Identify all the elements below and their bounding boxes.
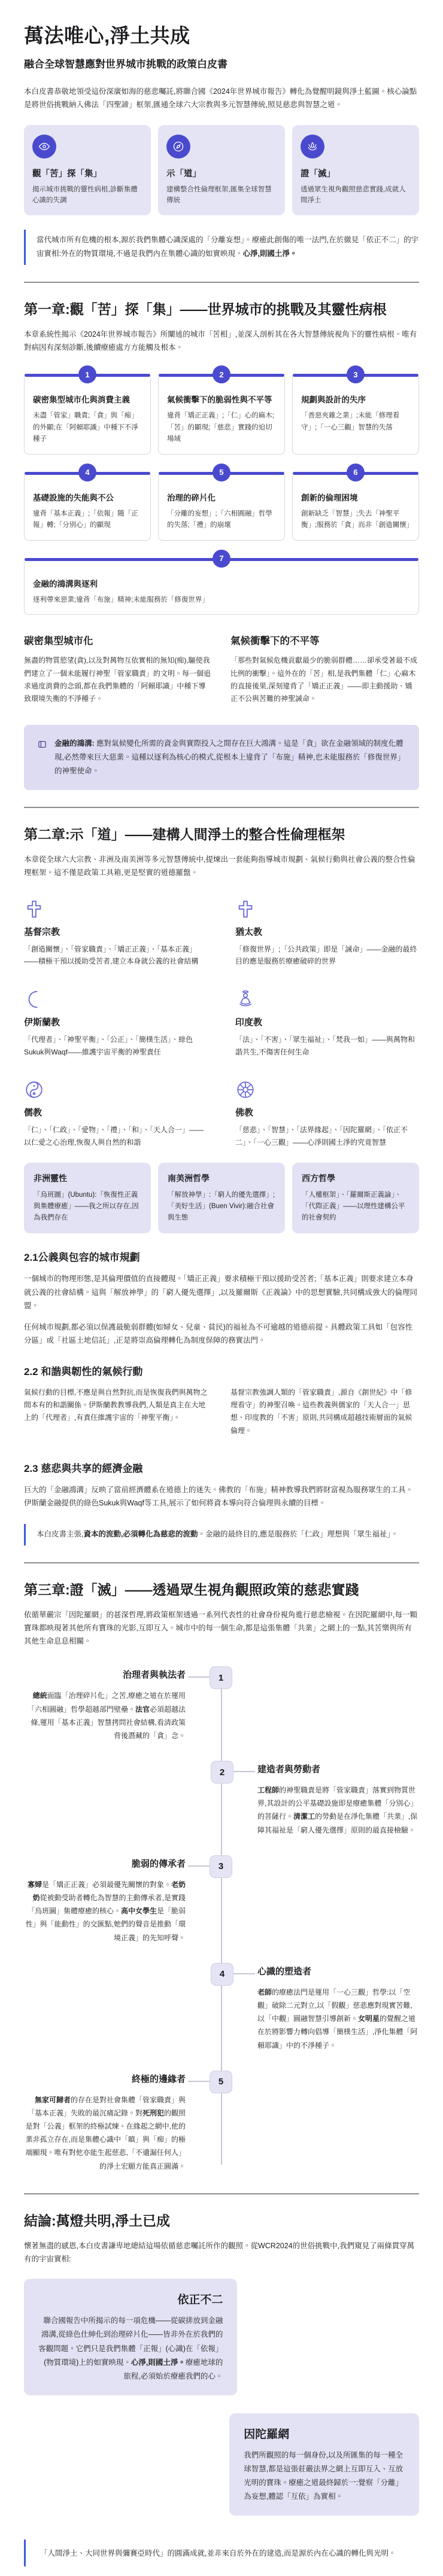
timeline-item-body: 無家可歸者的存在是對社會集體「管家職責」與「基本正義」失敗的最沉痛記錄。對死刑犯…	[24, 2093, 186, 2173]
problem-card: 6 創新的倫理困境 創新缺乏「智慧」;失去「神聖平衡」;服務於「貪」而非「創造關…	[292, 472, 419, 541]
section-2-1-p1: 一個城市的物理形態,是其倫理價值的直接體現。「矯正正義」要求積極干預以援助受苦者…	[24, 1272, 419, 1312]
section-divider	[24, 807, 419, 808]
problem-title: 創新的倫理困境	[301, 491, 410, 503]
wisdom-card: 非洲靈性 「烏班圖」(Ubuntu):「恢復性正義與集體療癒」——我之所以存在,…	[24, 1163, 151, 1233]
religion-desc: 「慈悲」、「智慧」、「法界緣起」、「因陀羅網」、「依正不二」、「一心三觀」——心…	[235, 1124, 419, 1148]
detail-column: 氣候衝擊下的不平等 「那些對氣候危機貢獻最少的脆弱群體……卻承受著最不成比例的衝…	[230, 621, 419, 712]
conclusion-card-body: 我們所觀照的每一個身份,以及所匯集的每一種全球智慧,都是這張莊嚴法界之網上互即互…	[244, 2449, 405, 2504]
problem-title: 金融的鴻溝與逐利	[33, 577, 410, 589]
chapter-3: 第三章:證「滅」——透過眾生視角觀照政策的慈悲實踐 依循華嚴宗「因陀羅網」的甚深…	[24, 1579, 419, 2173]
whitepaper-page: 萬法唯心,淨土共成 融合全球智慧應對世界城市挑戰的政策白皮書 本白皮書恭敬地領受…	[0, 0, 443, 2576]
wisdom-card-desc: 「解放神學」:「窮人的優先選擇」;「美好生活」(Buen Vivir):融合社會…	[168, 1190, 275, 1224]
religion-desc: 「代理者」、「神聖平衡」、「公正」、「簡樸生活」、綠色Sukuk與Waqf——維…	[24, 1034, 208, 1058]
timeline-item: 1 治理者與執法者 總統面臨「治理碎片化」之苦,療癒之道在於運用「六相圓融」哲學…	[24, 1668, 221, 1742]
religion-item: 印度教 「法」、「不害」、「眾生福祉」、「梵我一如」——與萬物和諧共生,不傷害任…	[235, 986, 419, 1058]
section-2-2-columns: 氣候行動的目標,不應是與自然對抗,而是恢復我們與萬物之間本有的和諧關係。伊斯蘭教…	[24, 1386, 419, 1444]
dharma-wheel-icon	[235, 1076, 419, 1100]
detail-text: 無盡的物質慾望(貪),以及對萬物互依實相的無知(痴),驅使我們建立了一個未能履行…	[24, 654, 213, 705]
conclusion-card-title: 依正不二	[38, 2291, 223, 2307]
problem-title: 氣候衝擊下的脆弱性與不平等	[167, 393, 276, 405]
overview-card: 證「滅」 透過眾生視角觀照慈悲實踐,成就人間淨土	[292, 125, 419, 216]
timeline-number-badge: 5	[210, 2071, 232, 2093]
conclusion-title: 結論:萬燈共明,淨土已成	[24, 2210, 419, 2230]
page-subtitle: 融合全球智慧應對世界城市挑戰的政策白皮書	[24, 56, 419, 71]
overview-card-title: 證「滅」	[301, 167, 411, 179]
timeline-item: 5 終極的邊緣者 無家可歸者的存在是對社會集體「管家職責」與「基本正義」失敗的最…	[24, 2072, 221, 2173]
timeline-number-badge: 4	[211, 1963, 233, 1986]
section-2-2-left: 氣候行動的目標,不應是與自然對抗,而是恢復我們與萬物之間本有的和諧關係。伊斯蘭教…	[24, 1386, 213, 1437]
final-quote: 「人間淨土、大同世界與彌賽亞時代」的圓滿成就,並非來自於外在的建造,而是源於內在…	[24, 2540, 419, 2566]
problem-number-badge: 1	[78, 365, 96, 383]
timeline-item-title: 治理者與執法者	[24, 1668, 186, 1681]
religion-item: 儒教 「仁」、「仁政」、「愛物」、「禮」、「和」、「天人合一」——以仁愛之心治理…	[24, 1076, 208, 1148]
timeline-item-body: 寡婦是「矯正正義」必須最優先關懷的對象。老奶奶從被動受助者轉化為智慧的主動傳承者…	[24, 1878, 186, 1944]
section-divider	[24, 1562, 419, 1563]
cross-icon	[24, 895, 208, 919]
overview-cards: 觀「苦」探「集」 揭示城市挑戰的靈性病根,診斷集體心識的失調 示「道」 建構整合…	[24, 125, 419, 216]
religion-name: 伊斯蘭教	[24, 1016, 208, 1028]
problem-card: 4 基礎設施的失能與不公 違背「基本正義」;「依報」隨「正報」轉;「分別心」的顯…	[24, 472, 151, 541]
section-2-2-right: 基督宗教強調人類的「管家職責」,源自《創世紀》中「修理看守」的神聖召喚。這些教義…	[230, 1386, 419, 1437]
page-title: 萬法唯心,淨土共成	[24, 20, 419, 48]
religion-item: 猶太教 「修復世界」;「公共政策」即是「誡命」——金融的最終目的應是服務於療癒破…	[235, 895, 419, 968]
detail-title: 碳密集型城市化	[24, 633, 213, 647]
section-2-1-title: 2.1公義與包容的城市規劃	[24, 1249, 419, 1264]
credit-card-icon	[37, 739, 47, 778]
conclusion-card-body: 聯合國報告中所揭示的每一項危機——從碳排放到金融鴻溝,從綠色仕紳化到治理碎片化—…	[38, 2314, 223, 2383]
problem-card: 1 碳密集型城市化與消費主義 未盡「管家」職責;「貪」與「痴」的外顯;在「阿賴耶…	[24, 374, 151, 455]
wisdom-card-title: 非洲靈性	[34, 1172, 141, 1184]
wisdom-card: 西方哲學 「人權框架」、「羅爾斯正義論」、「代際正義」——以理性建構公平的社會契…	[292, 1163, 419, 1233]
problem-number-badge: 6	[347, 464, 365, 481]
problem-title: 治理的碎片化	[167, 491, 276, 503]
religion-desc: 「創造關懷」、「管家職責」、「矯正正義」、「基本正義」——積極干預以援助受苦者,…	[24, 943, 208, 968]
religion-name: 儒教	[24, 1106, 208, 1118]
problem-number-badge: 3	[347, 365, 365, 383]
religion-desc: 「修復世界」;「公共政策」即是「誡命」——金融的最終目的應是服務於療癒破碎的世界	[235, 943, 419, 968]
problem-number-badge: 7	[213, 550, 230, 568]
timeline-item-title: 建造者與勞動者	[257, 1763, 419, 1775]
yinyang-icon	[24, 1076, 208, 1100]
religion-item: 伊斯蘭教 「代理者」、「神聖平衡」、「公正」、「簡樸生活」、綠色Sukuk與Wa…	[24, 986, 208, 1058]
meditation-icon	[235, 986, 419, 1010]
timeline-item-title: 脆弱的傳承者	[24, 1857, 186, 1870]
conclusion-intro: 懷著無盡的感恩,本白皮書謙卑地總結這場依循慈悲囑託所作的觀照。從WCR2024的…	[24, 2239, 419, 2266]
timeline-item-body: 老師的療癒法門是運用「一心三觀」哲學:以「空觀」破除二元對立,以「假觀」慈悲應對…	[257, 1986, 419, 2052]
timeline-number-badge: 3	[210, 1855, 232, 1878]
problem-card: 5 治理的碎片化 「分離的妄想」;「六相圓融」哲學的失落;「禮」的崩壞	[158, 472, 285, 541]
page-header: 萬法唯心,淨土共成 融合全球智慧應對世界城市挑戰的政策白皮書 本白皮書恭敬地領受…	[24, 20, 419, 112]
problem-number-badge: 5	[213, 464, 230, 481]
crescent-icon	[24, 986, 208, 1010]
religion-name: 基督宗教	[24, 925, 208, 938]
timeline-item: 3 脆弱的傳承者 寡婦是「矯正正義」必須最優先關懷的對象。老奶奶從被動受助者轉化…	[24, 1857, 221, 1944]
problem-desc: 未盡「管家」職責;「貪」與「痴」的外顯;在「阿賴耶識」中種下不淨種子	[33, 410, 142, 446]
problem-title: 碳密集型城市化與消費主義	[33, 393, 142, 405]
religion-desc: 「仁」、「仁政」、「愛物」、「禮」、「和」、「天人合一」——以仁愛之心治理,恢復…	[24, 1124, 208, 1148]
problem-card: 2 氣候衝擊下的脆弱性與不平等 違背「矯正正義」;「仁」心的麻木;「苦」的顯現;…	[158, 374, 285, 455]
problem-desc: 「善惡夾雜之業」;未能「修理看守」;「一心三觀」智慧的失落	[301, 410, 410, 434]
overview-card-desc: 透過眾生視角觀照慈悲實踐,成就人間淨土	[301, 184, 411, 206]
problem-desc: 違背「基本正義」;「依報」隨「正報」轉;「分別心」的顯現	[33, 508, 142, 532]
compass-icon	[166, 135, 190, 158]
timeline-connector	[233, 1973, 255, 1974]
timeline-item: 2 建造者與勞動者 工程師的神聖職責是將「管家職責」落實到物質世界,其設計的公平…	[221, 1763, 419, 1837]
overview-card-title: 示「道」	[166, 167, 277, 179]
religion-name: 印度教	[235, 1016, 419, 1028]
religion-grid: 基督宗教 「創造關懷」、「管家職責」、「矯正正義」、「基本正義」——積極干預以援…	[24, 895, 419, 1149]
callout-text: 金融的鴻溝: 應對氣候變化所需的資金與實際投入之間存在巨大鴻溝。這是「貪」欲在金…	[54, 737, 406, 778]
problem-desc: 違背「矯正正義」;「仁」心的麻木;「苦」的顯現;「慈悲」實踐的迫切場域	[167, 410, 276, 446]
section-2-3-title: 2.3 慈悲與共享的經濟金融	[24, 1460, 419, 1475]
wisdom-card-desc: 「人權框架」、「羅爾斯正義論」、「代際正義」——以理性建構公平的社會契約	[302, 1190, 409, 1224]
problem-number-badge: 4	[78, 464, 96, 481]
religion-item: 基督宗教 「創造關懷」、「管家職責」、「矯正正義」、「基本正義」——積極干預以援…	[24, 895, 208, 968]
problem-desc: 逐利帶來惡業;違背「布施」精神;未能服務於「修復世界」	[33, 595, 410, 606]
detail-title: 氣候衝擊下的不平等	[230, 633, 419, 647]
problem-cards: 1 碳密集型城市化與消費主義 未盡「管家」職責;「貪」與「痴」的外顯;在「阿賴耶…	[24, 374, 419, 615]
timeline-number-badge: 1	[210, 1666, 232, 1689]
conclusion-card-title: 因陀羅網	[244, 2425, 405, 2441]
section-2-3-p1: 巨大的「金融鴻溝」反映了當前經濟體系在道德上的迷失。佛教的「布施」精神教導我們將…	[24, 1483, 419, 1510]
overview-card-desc: 揭示城市挑戰的靈性病根,診斷集體心識的失調	[32, 184, 142, 206]
lotus-icon	[301, 135, 324, 158]
problem-card: 3 規劃與設計的失序 「善惡夾雜之業」;未能「修理看守」;「一心三觀」智慧的失落	[292, 374, 419, 455]
timeline-connector	[188, 1865, 210, 1867]
timeline-item-body: 工程師的神聖職責是將「管家職責」落實到物質世界,其設計的公平基礎設施即是療癒集體…	[257, 1784, 419, 1837]
chapter-2-title: 第二章:示「道」——建構人間淨土的整合性倫理框架	[24, 824, 419, 843]
chapter-2: 第二章:示「道」——建構人間淨土的整合性倫理框架 本章從全球六大宗教、非洲及南美…	[24, 824, 419, 1545]
timeline-item-body: 總統面臨「治理碎片化」之苦,療癒之道在於運用「六相圓融」哲學超越部門壁壘。法官必…	[24, 1689, 186, 1742]
overview-card: 示「道」 建構整合性倫理框架,匯集全球智慧傳統	[158, 125, 285, 216]
timeline-connector	[188, 1676, 210, 1678]
problem-desc: 創新缺乏「智慧」;失去「神聖平衡」;服務於「貪」而非「創造關懷」	[301, 508, 410, 532]
timeline-connector	[188, 2081, 210, 2082]
eye-icon	[32, 135, 56, 158]
religion-desc: 「法」、「不害」、「眾生福祉」、「梵我一如」——與萬物和諧共生,不傷害任何生命	[235, 1034, 419, 1058]
page-intro: 本白皮書恭敬地領受這份深廣如海的慈悲囑託,將聯合國《2024年世界城市報告》轉化…	[24, 85, 419, 112]
chapter-1-title: 第一章:觀「苦」探「集」——世界城市的挑戰及其靈性病根	[24, 298, 419, 318]
timeline-item-title: 終極的邊緣者	[24, 2072, 186, 2085]
overview-card-desc: 建構整合性倫理框架,匯集全球智慧傳統	[166, 184, 277, 206]
chapter-3-intro: 依循華嚴宗「因陀羅網」的甚深哲理,將政策框架透過一系列代表性的社會身份視角進行慈…	[24, 1608, 419, 1648]
overview-card-title: 觀「苦」探「集」	[32, 167, 142, 179]
finance-gap-callout: 金融的鴻溝: 應對氣候變化所需的資金與實際投入之間存在巨大鴻溝。這是「貪」欲在金…	[24, 725, 419, 790]
conclusion-card: 因陀羅網 我們所觀照的每一個身份,以及所匯集的每一種全球智慧,都是這張莊嚴法界之…	[229, 2413, 419, 2516]
section-divider	[24, 282, 419, 283]
religion-name: 佛教	[235, 1106, 419, 1118]
cross-icon	[235, 895, 419, 919]
problem-card: 7 金融的鴻溝與逐利 逐利帶來惡業;違背「布施」精神;未能服務於「修復世界」	[24, 559, 419, 615]
capital-flow-quote: 本白皮書主張,資本的流動,必須轉化為慈悲的流動。金融的最終目的,應是服務於「仁政…	[24, 1524, 419, 1545]
chapter-2-intro: 本章從全球六大宗教、非洲及南美洲等多元智慧傳統中,提煉出一套能夠指導城市規劃、氣…	[24, 853, 419, 880]
chapter-1-intro: 本章系統性揭示《2024年世界城市報告》所闡述的城市「苦相」,並深入剖析其在各大…	[24, 328, 419, 355]
lead-quote: 當代城市所有危機的根本,源於我們集體心識深處的「分離妄想」。療癒此創傷的唯一法門…	[24, 230, 419, 264]
conclusion: 結論:萬燈共明,淨土已成 懷著無盡的感恩,本白皮書謙卑地總結這場依循慈悲囑託所作…	[24, 2210, 419, 2566]
chapter-1: 第一章:觀「苦」探「集」——世界城市的挑戰及其靈性病根 本章系統性揭示《2024…	[24, 298, 419, 791]
chapter-1-details: 碳密集型城市化 無盡的物質慾望(貪),以及對萬物互依實相的無知(痴),驅使我們建…	[24, 621, 419, 712]
problem-desc: 「分離的妄想」;「六相圓融」哲學的失落;「禮」的崩壞	[167, 508, 276, 532]
detail-column: 碳密集型城市化 無盡的物質慾望(貪),以及對萬物互依實相的無知(痴),驅使我們建…	[24, 621, 213, 712]
timeline-item-title: 心識的塑造者	[257, 1965, 419, 1977]
problem-title: 基礎設施的失能與不公	[33, 491, 142, 503]
section-2-1-p2: 任何城市規劃,都必須以保護最脆弱群體(如婦女、兒童、貧民)的福祉為不可逾越的道德…	[24, 1321, 419, 1348]
religion-name: 猶太教	[235, 925, 419, 938]
timeline-connector	[233, 1771, 255, 1772]
detail-text: 「那些對氣候危機貢獻最少的脆弱群體……卻承受著最不成比例的衝擊」。這外在的「苦」…	[230, 654, 419, 705]
wisdom-card: 南美洲哲學 「解放神學」:「窮人的優先選擇」;「美好生活」(Buen Vivir…	[158, 1163, 285, 1233]
wisdom-card-title: 西方哲學	[302, 1172, 409, 1184]
problem-title: 規劃與設計的失序	[301, 393, 410, 405]
wisdom-cards: 非洲靈性 「烏班圖」(Ubuntu):「恢復性正義與集體療癒」——我之所以存在,…	[24, 1163, 419, 1233]
conclusion-card: 依正不二 聯合國報告中所揭示的每一項危機——從碳排放到金融鴻溝,從綠色仕紳化到治…	[24, 2279, 237, 2395]
wisdom-card-desc: 「烏班圖」(Ubuntu):「恢復性正義與集體療癒」——我之所以存在,因為我們存…	[34, 1190, 141, 1224]
persona-timeline: 1 治理者與執法者 總統面臨「治理碎片化」之苦,療癒之道在於運用「六相圓融」哲學…	[24, 1668, 419, 2173]
timeline-item: 4 心識的塑造者 老師的療癒法門是運用「一心三觀」哲學:以「空觀」破除二元對立,…	[221, 1965, 419, 2052]
section-2-2-title: 2.2 和諧與韌性的氣候行動	[24, 1363, 419, 1378]
overview-card: 觀「苦」探「集」 揭示城市挑戰的靈性病根,診斷集體心識的失調	[24, 125, 151, 216]
chapter-3-title: 第三章:證「滅」——透過眾生視角觀照政策的慈悲實踐	[24, 1579, 419, 1599]
section-divider	[24, 2193, 419, 2194]
religion-item: 佛教 「慈悲」、「智慧」、「法界緣起」、「因陀羅網」、「依正不二」、「一心三觀」…	[235, 1076, 419, 1148]
wisdom-card-title: 南美洲哲學	[168, 1172, 275, 1184]
problem-number-badge: 2	[213, 365, 230, 383]
timeline-number-badge: 2	[211, 1761, 233, 1784]
